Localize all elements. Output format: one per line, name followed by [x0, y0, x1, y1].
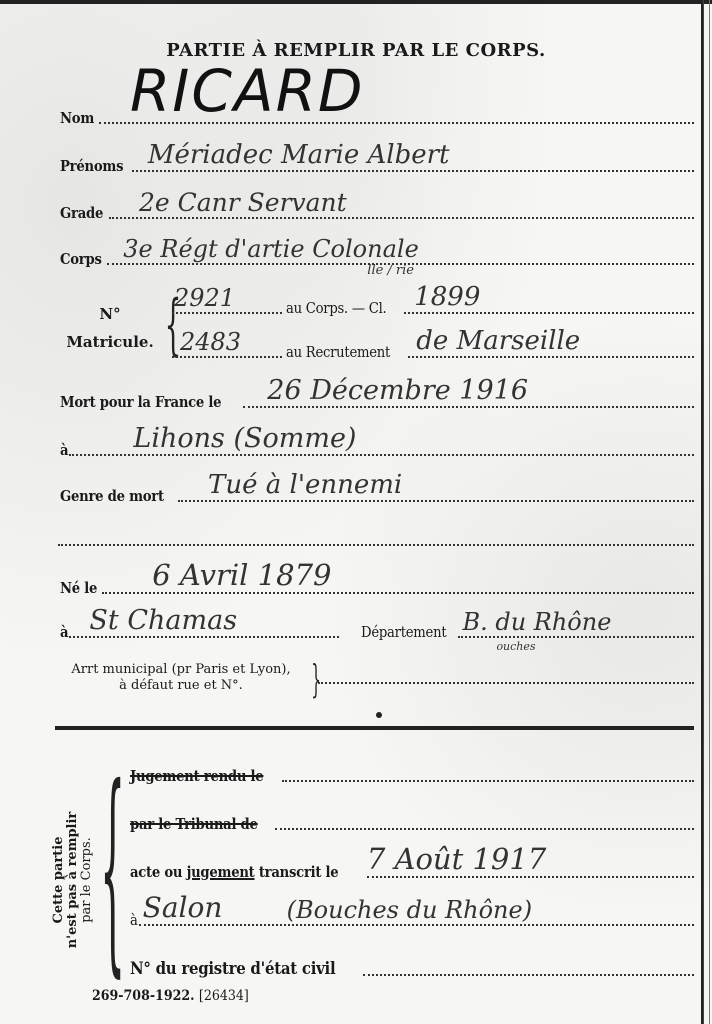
- matricule-recrutement-number: 2483: [180, 330, 241, 354]
- naissance-value: 6 Avril 1879: [152, 561, 331, 590]
- grade-row: Grade 2e Canr Servant: [60, 195, 694, 221]
- grade-value: 2e Canr Servant: [139, 190, 347, 215]
- prenoms-value: Mériadec Marie Albert: [148, 142, 450, 168]
- classe-value: 1899: [414, 284, 480, 310]
- matricule-label-no: N°: [60, 300, 160, 328]
- lieu-transcrit-field: Salon (Bouches du Rhône): [139, 924, 694, 926]
- jugement-field: [282, 780, 694, 782]
- registre-field: [363, 974, 694, 976]
- tribunal-row: par le Tribunal de: [130, 806, 694, 832]
- transcrit-field: 7 Août 1917: [367, 876, 694, 878]
- nom-label: Nom: [60, 111, 94, 126]
- prenoms-label: Prénoms: [60, 159, 123, 174]
- prenoms-field: Mériadec Marie Albert: [132, 170, 694, 172]
- prenoms-row: Prénoms Mériadec Marie Albert: [60, 148, 694, 174]
- mort-label: Mort pour la France le: [60, 395, 221, 410]
- lieu-transcrit-value: Salon: [143, 894, 223, 922]
- transcrit-row: acte ou jugement transcrit le 7 Août 191…: [130, 854, 694, 880]
- footer-code: [26434]: [199, 988, 249, 1004]
- genre-mort-row: Genre de mort Tué à l'ennemi: [60, 478, 694, 504]
- departement-annotation: ouches: [496, 641, 535, 652]
- grade-label: Grade: [60, 206, 103, 221]
- corps-field: 3e Régt d'artie Colonale lle / rie: [107, 263, 694, 265]
- naissance-label: Né le: [60, 581, 97, 596]
- lieu-naissance-field: St Chamas: [69, 636, 339, 638]
- corps-label: Corps: [60, 252, 102, 267]
- corps-value: 3e Régt d'artie Colonale: [123, 237, 419, 261]
- jugement-label: Jugement rendu le: [130, 769, 263, 784]
- arrondissement-label-line2: à défaut rue et N°.: [56, 678, 306, 694]
- recrutement-value: de Marseille: [416, 328, 580, 354]
- lieu-transcrit-row: à Salon (Bouches du Rhône): [130, 902, 694, 928]
- arrondissement-label: Arrt municipal (pr Paris et Lyon), à déf…: [56, 662, 306, 694]
- mort-field: 26 Décembre 1916: [243, 406, 694, 408]
- civil-section-brace: {: [100, 758, 125, 978]
- matricule-label: N° Matricule.: [60, 300, 160, 356]
- matricule-recrutement-row: 2483 au Recrutement de Marseille: [172, 334, 694, 360]
- departement-label: Département: [361, 625, 446, 640]
- corps-row: Corps 3e Régt d'artie Colonale lle / rie: [60, 241, 694, 267]
- lieu-naissance-value: St Chamas: [89, 607, 237, 634]
- arrondissement-row: [318, 660, 694, 686]
- ink-dot: [376, 712, 382, 718]
- matricule-corps-number: 2921: [174, 286, 235, 310]
- naissance-row: Né le 6 Avril 1879: [60, 570, 694, 596]
- lieu-mort-field: Lihons (Somme): [69, 454, 694, 456]
- genre-mort-continuation-field: [58, 544, 694, 546]
- tribunal-label: par le Tribunal de: [130, 817, 258, 832]
- genre-mort-field: Tué à l'ennemi: [178, 500, 694, 502]
- nom-row: Nom: [60, 100, 694, 126]
- side-note-line3: par le Corps.: [80, 812, 94, 949]
- side-note-line1: Cette partie: [52, 812, 66, 949]
- transcrit-label-struck: jugement: [187, 863, 255, 881]
- grade-field: 2e Canr Servant: [109, 217, 694, 219]
- transcrit-label-prefix: acte ou: [130, 863, 187, 881]
- lieu-mort-value: Lihons (Somme): [133, 425, 356, 452]
- matricule-corps-field: 2921: [172, 312, 282, 314]
- arrondissement-field: [318, 682, 694, 684]
- au-corps-label: au Corps. — Cl.: [286, 301, 386, 316]
- mort-value: 26 Décembre 1916: [267, 377, 528, 404]
- tribunal-field: [275, 828, 694, 830]
- footer-reference: 269-708-1922. [26434]: [92, 988, 249, 1004]
- lieu-mort-row: à Lihons (Somme): [60, 432, 694, 458]
- mort-row: Mort pour la France le 26 Décembre 1916: [60, 384, 694, 410]
- transcrit-value: 7 Août 1917: [367, 845, 546, 874]
- naissance-field: 6 Avril 1879: [102, 592, 694, 594]
- lieu-transcrit-label: à: [130, 913, 138, 928]
- lieu-naissance-label: à: [60, 625, 68, 640]
- death-record-card: PARTIE À REMPLIR PAR LE CORPS. RICARD No…: [0, 0, 712, 1024]
- registre-label: N° du registre d'état civil: [130, 961, 335, 978]
- departement-value: B. du Rhône: [462, 610, 611, 634]
- right-border-outer: [709, 0, 710, 1024]
- lieu-mort-label: à: [60, 443, 68, 458]
- matricule-label-text: Matricule.: [60, 328, 160, 356]
- au-recrutement-label: au Recrutement: [286, 345, 390, 360]
- matricule-recrutement-field: 2483: [172, 356, 282, 358]
- genre-mort-value: Tué à l'ennemi: [208, 472, 402, 498]
- lieu-naissance-row: à St Chamas Département B. du Rhône ouch…: [60, 614, 694, 640]
- lieu-transcrit-value2: (Bouches du Rhône): [287, 898, 532, 922]
- departement-field: B. du Rhône ouches: [458, 636, 694, 638]
- genre-mort-label: Genre de mort: [60, 489, 164, 504]
- registre-row: N° du registre d'état civil: [130, 952, 694, 978]
- classe-field: 1899: [404, 312, 694, 314]
- footer-print-ref: 269-708-1922.: [92, 988, 195, 1004]
- transcrit-label-suffix: transcrit le: [255, 863, 339, 881]
- transcrit-label: acte ou jugement transcrit le: [130, 865, 338, 880]
- jugement-row: Jugement rendu le: [130, 758, 694, 784]
- section-divider: [55, 726, 694, 730]
- genre-mort-continuation-row: [58, 522, 694, 548]
- matricule-corps-row: 2921 au Corps. — Cl. 1899: [172, 290, 694, 316]
- arrondissement-label-line1: Arrt municipal (pr Paris et Lyon),: [56, 662, 306, 678]
- nom-field: [99, 122, 694, 124]
- side-note-line2: n'est pas à remplir: [66, 812, 80, 949]
- top-border: [0, 0, 712, 4]
- recrutement-field: de Marseille: [408, 356, 694, 358]
- right-border: [701, 0, 704, 1024]
- corps-annotation: lle / rie: [367, 264, 414, 277]
